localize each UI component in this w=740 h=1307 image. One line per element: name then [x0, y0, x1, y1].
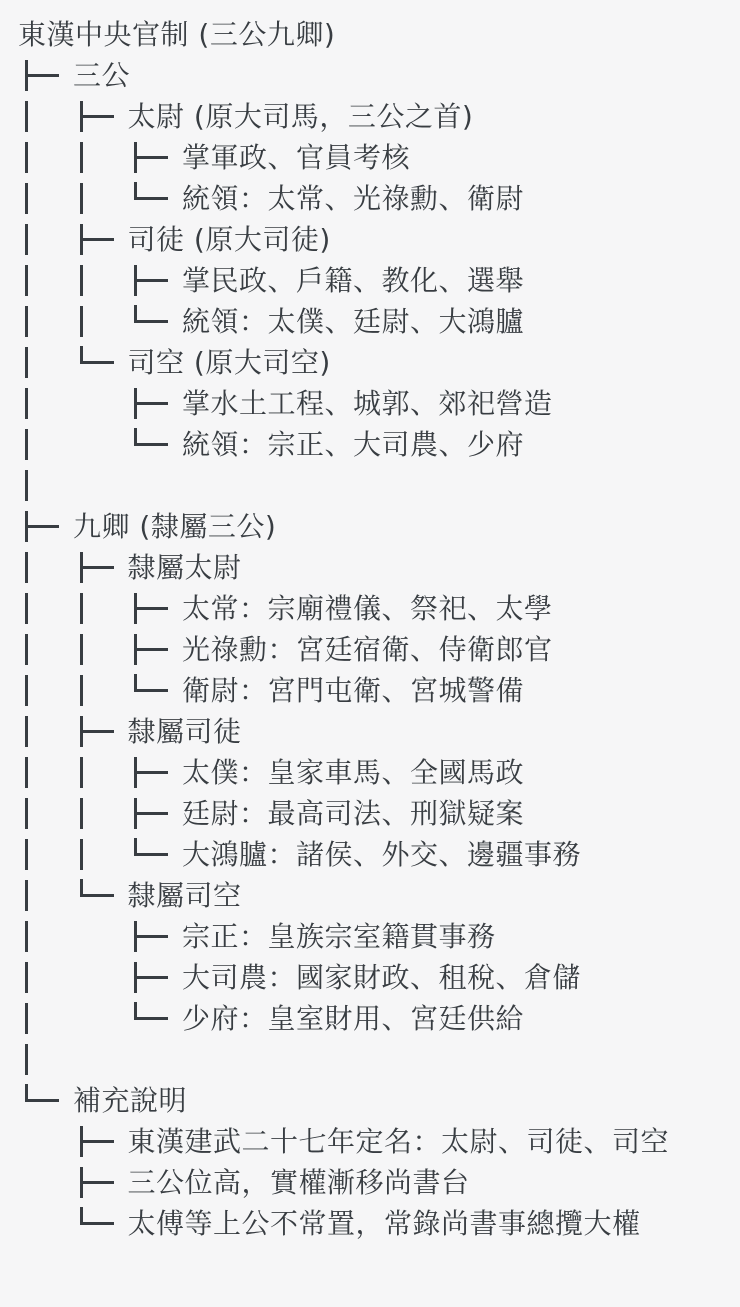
tree-row-label: 少府：皇室財用、宮廷供給 — [182, 1005, 524, 1033]
tree-indent-spacer — [25, 1162, 80, 1203]
tree-pipe-line — [80, 752, 135, 793]
tree-row: 大司農：國家財政、租稅、倉儲 — [0, 957, 740, 998]
tree-branch-connector — [134, 137, 182, 178]
tree-pipe-line — [25, 998, 80, 1039]
tree-branch-connector — [80, 547, 128, 588]
tree-indent-spacer — [25, 1121, 80, 1162]
tree-row: 宗正：皇族宗室籍貫事務 — [0, 916, 740, 957]
tree-row-label: 司空 (原大司空) — [128, 349, 331, 377]
tree-pipe-line — [25, 629, 80, 670]
tree-row: 廷尉：最高司法、刑獄疑案 — [0, 793, 740, 834]
tree-row-label: 統領：宗正、大司農、少府 — [182, 431, 524, 459]
tree-row-label: 隸屬司徒 — [128, 718, 242, 746]
tree-row: 隸屬太尉 — [0, 547, 740, 588]
tree-last-branch-connector — [80, 875, 128, 916]
tree-pipe-line — [80, 670, 135, 711]
tree-indent-spacer — [80, 998, 135, 1039]
tree-last-branch-connector — [134, 424, 182, 465]
tree-last-branch-connector — [134, 301, 182, 342]
tree-last-branch-connector — [134, 670, 182, 711]
tree-pipe-line — [25, 547, 80, 588]
tree-row: 統領：宗正、大司農、少府 — [0, 424, 740, 465]
tree-row: 九卿 (隸屬三公) — [0, 506, 740, 547]
tree-branch-connector — [134, 793, 182, 834]
tree-last-branch-connector — [134, 998, 182, 1039]
tree-row: 司空 (原大司空) — [0, 342, 740, 383]
tree-gap-row — [0, 465, 740, 506]
tree-pipe-line — [25, 465, 80, 506]
tree-row-label: 統領：太僕、廷尉、大鴻臚 — [182, 308, 524, 336]
tree-row: 隸屬司徒 — [0, 711, 740, 752]
tree-row: 大鴻臚：諸侯、外交、邊疆事務 — [0, 834, 740, 875]
tree-pipe-line — [25, 752, 80, 793]
tree-row-label: 大鴻臚：諸侯、外交、邊疆事務 — [182, 841, 581, 869]
tree-row-label: 衛尉：宮門屯衛、宮城警備 — [182, 677, 524, 705]
tree-indent-spacer — [80, 916, 135, 957]
tree-branch-connector — [80, 1121, 128, 1162]
tree-pipe-line — [80, 793, 135, 834]
tree-branch-connector — [25, 506, 73, 547]
org-tree-diagram: 東漢中央官制 (三公九卿) 三公太尉 (原大司馬，三公之首)掌軍政、官員考核統領… — [0, 0, 740, 1244]
tree-row-label: 光祿勳：宮廷宿衛、侍衛郎官 — [182, 636, 553, 664]
tree-row: 三公 — [0, 55, 740, 96]
tree-pipe-line — [25, 137, 80, 178]
tree-branch-connector — [80, 711, 128, 752]
tree-row-label: 大司農：國家財政、租稅、倉儲 — [182, 964, 581, 992]
tree-row: 掌軍政、官員考核 — [0, 137, 740, 178]
tree-row-label: 太常：宗廟禮儀、祭祀、太學 — [182, 595, 553, 623]
tree-pipe-line — [25, 424, 80, 465]
tree-pipe-line — [25, 178, 80, 219]
tree-pipe-line — [25, 342, 80, 383]
tree-row-label: 司徒 (原大司徒) — [128, 226, 331, 254]
tree-row-label: 掌水土工程、城郭、郊祀營造 — [182, 390, 553, 418]
tree-pipe-line — [80, 301, 135, 342]
tree-row: 光祿勳：宮廷宿衛、侍衛郎官 — [0, 629, 740, 670]
tree-row: 掌民政、戶籍、教化、選舉 — [0, 260, 740, 301]
tree-row: 隸屬司空 — [0, 875, 740, 916]
tree-row-label: 太尉 (原大司馬，三公之首) — [128, 103, 474, 131]
tree-row: 統領：太常、光祿勳、衛尉 — [0, 178, 740, 219]
tree-pipe-line — [25, 1039, 80, 1080]
tree-branch-connector — [80, 1162, 128, 1203]
tree-row: 太傅等上公不常置，常錄尚書事總攬大權 — [0, 1203, 740, 1244]
tree-pipe-line — [80, 588, 135, 629]
tree-indent-spacer — [80, 383, 135, 424]
tree-pipe-line — [25, 711, 80, 752]
tree-row: 太尉 (原大司馬，三公之首) — [0, 96, 740, 137]
tree-last-branch-connector — [134, 834, 182, 875]
tree-row-label: 統領：太常、光祿勳、衛尉 — [182, 185, 524, 213]
tree-last-branch-connector — [25, 1080, 73, 1121]
tree-branch-connector — [134, 383, 182, 424]
tree-row-label: 廷尉：最高司法、刑獄疑案 — [182, 800, 524, 828]
tree-pipe-line — [80, 834, 135, 875]
tree-last-branch-connector — [134, 178, 182, 219]
tree-pipe-line — [25, 875, 80, 916]
tree-title-row: 東漢中央官制 (三公九卿) — [0, 14, 740, 55]
tree-row: 東漢建武二十七年定名：太尉、司徒、司空 — [0, 1121, 740, 1162]
tree-row: 太僕：皇家車馬、全國馬政 — [0, 752, 740, 793]
tree-row: 少府：皇室財用、宮廷供給 — [0, 998, 740, 1039]
tree-branch-connector — [134, 629, 182, 670]
tree-pipe-line — [25, 260, 80, 301]
tree-last-branch-connector — [80, 1203, 128, 1244]
page-title: 東漢中央官制 (三公九卿) — [18, 21, 335, 49]
tree-indent-spacer — [80, 957, 135, 998]
tree-pipe-line — [80, 137, 135, 178]
tree-pipe-line — [25, 793, 80, 834]
tree-row: 統領：太僕、廷尉、大鴻臚 — [0, 301, 740, 342]
tree-row: 三公位高，實權漸移尚書台 — [0, 1162, 740, 1203]
tree-row-label: 三公位高，實權漸移尚書台 — [128, 1169, 470, 1197]
tree-row: 司徒 (原大司徒) — [0, 219, 740, 260]
tree-pipe-line — [25, 219, 80, 260]
tree-pipe-line — [25, 834, 80, 875]
tree-pipe-line — [25, 588, 80, 629]
tree-row: 補充說明 — [0, 1080, 740, 1121]
tree-row: 衛尉：宮門屯衛、宮城警備 — [0, 670, 740, 711]
tree-row: 掌水土工程、城郭、郊祀營造 — [0, 383, 740, 424]
tree-indent-spacer — [25, 1203, 80, 1244]
tree-pipe-line — [25, 916, 80, 957]
tree-row-label: 東漢建武二十七年定名：太尉、司徒、司空 — [128, 1128, 670, 1156]
tree-pipe-line — [25, 96, 80, 137]
tree-branch-connector — [134, 752, 182, 793]
tree-branch-connector — [25, 55, 73, 96]
tree-pipe-line — [80, 260, 135, 301]
tree-branch-connector — [134, 588, 182, 629]
tree-row-label: 隸屬司空 — [128, 882, 242, 910]
tree-pipe-line — [25, 301, 80, 342]
tree-row-label: 太傅等上公不常置，常錄尚書事總攬大權 — [128, 1210, 641, 1238]
tree-row-label: 太僕：皇家車馬、全國馬政 — [182, 759, 524, 787]
tree-row-label: 補充說明 — [73, 1087, 187, 1115]
tree-last-branch-connector — [80, 342, 128, 383]
tree-row-label: 九卿 (隸屬三公) — [73, 513, 276, 541]
tree-pipe-line — [25, 383, 80, 424]
tree-branch-connector — [134, 260, 182, 301]
tree-pipe-line — [25, 670, 80, 711]
tree-branch-connector — [80, 96, 128, 137]
tree-row-label: 掌民政、戶籍、教化、選舉 — [182, 267, 524, 295]
tree-row-label: 宗正：皇族宗室籍貫事務 — [182, 923, 496, 951]
tree-row: 太常：宗廟禮儀、祭祀、太學 — [0, 588, 740, 629]
tree-row-label: 掌軍政、官員考核 — [182, 144, 410, 172]
tree-pipe-line — [80, 629, 135, 670]
tree-row-label: 三公 — [73, 62, 130, 90]
tree-branch-connector — [134, 916, 182, 957]
tree-branch-connector — [80, 219, 128, 260]
tree-pipe-line — [80, 178, 135, 219]
tree-branch-connector — [134, 957, 182, 998]
tree-row-label: 隸屬太尉 — [128, 554, 242, 582]
tree-pipe-line — [25, 957, 80, 998]
tree-gap-row — [0, 1039, 740, 1080]
tree-indent-spacer — [80, 424, 135, 465]
